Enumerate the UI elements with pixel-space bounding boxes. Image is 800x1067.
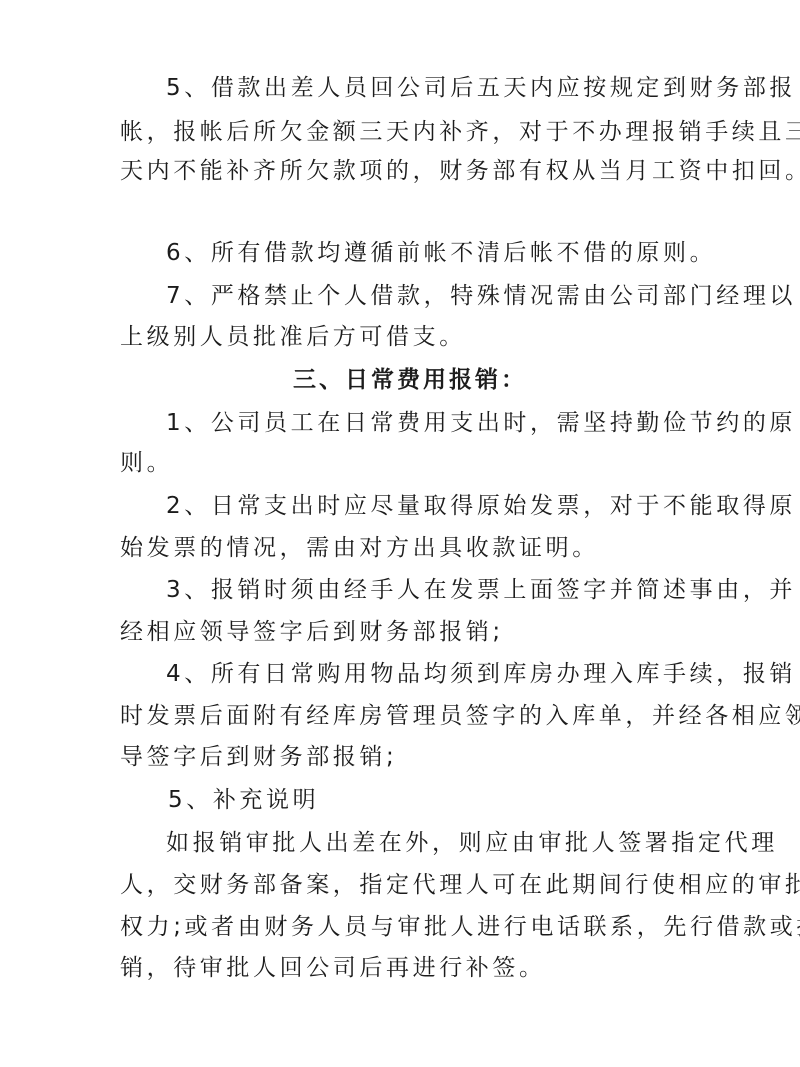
item-5-line-1: 5、借款出差人员回公司后五天内应按规定到财务部报 xyxy=(166,73,690,103)
item-5-line-2: 帐，报帐后所欠金额三天内补齐，对于不办理报销手续且三 xyxy=(120,117,690,147)
s3-item-1-line-2: 则。 xyxy=(120,448,690,478)
s3-item-3-line-1: 3、报销时须由经手人在发票上面签字并简述事由，并 xyxy=(166,575,690,605)
s3-item-5-line-2: 人，交财务部备案，指定代理人可在此期间行使相应的审批 xyxy=(120,870,690,900)
s3-item-3-line-2: 经相应领导签字后到财务部报销; xyxy=(120,617,690,647)
s3-item-4-line-3: 导签字后到财务部报销; xyxy=(120,742,690,772)
item-6-line-1: 6、所有借款均遵循前帐不清后帐不借的原则。 xyxy=(166,238,690,268)
s3-item-2-line-2: 始发票的情况，需由对方出具收款证明。 xyxy=(120,533,690,563)
s3-item-1-line-1: 1、公司员工在日常费用支出时，需坚持勤俭节约的原 xyxy=(166,408,690,438)
item-5-line-3: 天内不能补齐所欠款项的，财务部有权从当月工资中扣回。 xyxy=(120,156,690,186)
s3-item-5-line-4: 销，待审批人回公司后再进行补签。 xyxy=(120,953,690,983)
s3-item-2-line-1: 2、日常支出时应尽量取得原始发票，对于不能取得原 xyxy=(166,491,690,521)
s3-item-5-line-3: 权力;或者由财务人员与审批人进行电话联系，先行借款或报 xyxy=(120,912,690,942)
item-7-line-2: 上级别人员批准后方可借支。 xyxy=(120,322,690,352)
s3-item-5-line-1: 如报销审批人出差在外，则应由审批人签署指定代理 xyxy=(166,828,690,858)
s3-item-4-line-2: 时发票后面附有经库房管理员签字的入库单，并经各相应领 xyxy=(120,701,690,731)
section-three-heading: 三、日常费用报销： xyxy=(0,365,800,395)
s3-item-5-title: 5、补充说明 xyxy=(168,785,738,815)
item-7-line-1: 7、严格禁止个人借款，特殊情况需由公司部门经理以 xyxy=(166,281,690,311)
document-page: 5、借款出差人员回公司后五天内应按规定到财务部报 帐，报帐后所欠金额三天内补齐，… xyxy=(0,0,800,1067)
s3-item-4-line-1: 4、所有日常购用物品均须到库房办理入库手续，报销 xyxy=(166,659,690,689)
